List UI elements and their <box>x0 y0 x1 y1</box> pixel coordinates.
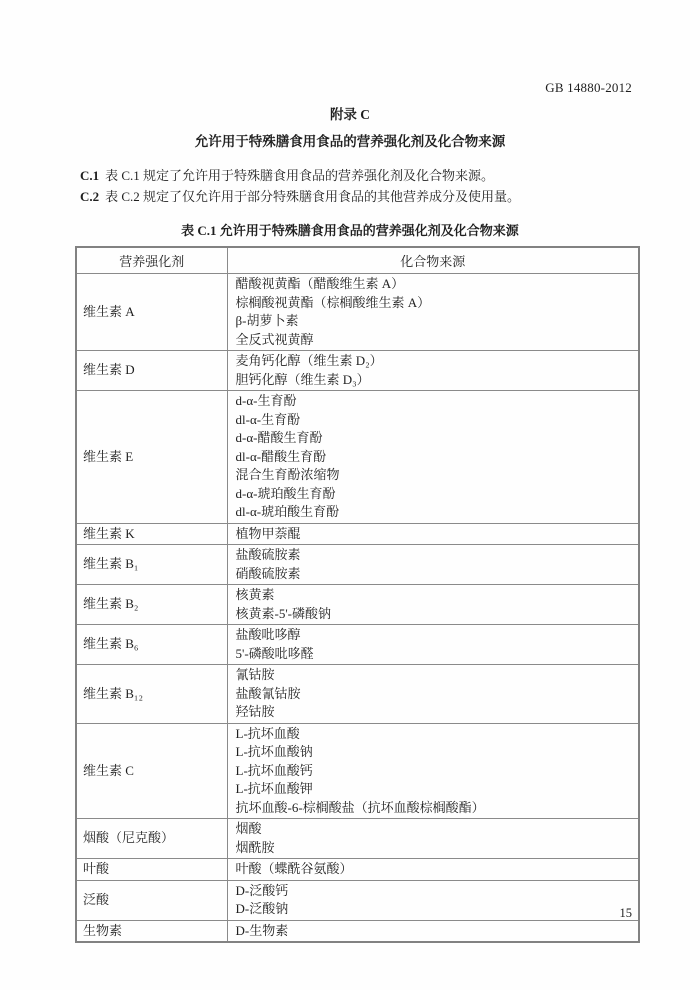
table-body: 维生素 A醋酸视黄酯（醋酸维生素 A）棕榈酸视黄酯（棕榈酸维生素 A）β-胡萝卜… <box>76 274 639 943</box>
compound-line: dl-α-琥珀酸生育酚 <box>236 503 631 522</box>
table-row: 生物素D-生物素 <box>76 920 639 942</box>
table-row: 维生素 B₁盐酸硫胺素硝酸硫胺素 <box>76 545 639 585</box>
fortifier-cell: 维生素 A <box>76 274 227 351</box>
table-row: 维生素 B₁₂氰钴胺盐酸氰钴胺羟钴胺 <box>76 665 639 724</box>
clause-text: 表 C.1 规定了允许用于特殊膳食用食品的营养强化剂及化合物来源。 <box>105 168 494 183</box>
compound-line: 盐酸氰钴胺 <box>236 685 631 704</box>
appendix-label: 附录 C <box>0 103 700 123</box>
compound-line: D-泛酸钠 <box>236 900 631 919</box>
compound-line: L-抗坏血酸钠 <box>236 743 631 762</box>
table-header-row: 营养强化剂 化合物来源 <box>76 247 639 274</box>
compounds-cell: 氰钴胺盐酸氰钴胺羟钴胺 <box>227 665 639 724</box>
compound-line: 抗坏血酸-6-棕榈酸盐（抗坏血酸棕榈酸酯） <box>236 799 631 818</box>
compound-line: D-生物素 <box>236 922 631 941</box>
page-number: 15 <box>620 906 633 921</box>
compound-line: 硝酸硫胺素 <box>236 565 631 584</box>
fortifier-cell: 维生素 B₂ <box>76 585 227 625</box>
compounds-cell: 醋酸视黄酯（醋酸维生素 A）棕榈酸视黄酯（棕榈酸维生素 A）β-胡萝卜素全反式视… <box>227 274 639 351</box>
fortifier-cell: 维生素 C <box>76 723 227 819</box>
compounds-cell: 核黄素核黄素-5'-磷酸钠 <box>227 585 639 625</box>
compounds-cell: L-抗坏血酸L-抗坏血酸钠L-抗坏血酸钙L-抗坏血酸钾抗坏血酸-6-棕榈酸盐（抗… <box>227 723 639 819</box>
table-row: 维生素 B₂核黄素核黄素-5'-磷酸钠 <box>76 585 639 625</box>
clause-number: C.1 <box>80 168 99 183</box>
clauses-block: C.1表 C.1 规定了允许用于特殊膳食用食品的营养强化剂及化合物来源。 C.2… <box>80 165 640 207</box>
compounds-cell: 叶酸（蝶酰谷氨酸） <box>227 859 639 881</box>
compound-line: dl-α-醋酸生育酚 <box>236 448 631 467</box>
table-row: 叶酸叶酸（蝶酰谷氨酸） <box>76 859 639 881</box>
fortifier-cell: 维生素 D <box>76 351 227 391</box>
compound-line: 盐酸硫胺素 <box>236 546 631 565</box>
compound-line: 全反式视黄醇 <box>236 331 631 350</box>
fortifier-cell: 维生素 B₁₂ <box>76 665 227 724</box>
table-header-compounds: 化合物来源 <box>227 247 639 274</box>
fortifier-cell: 泛酸 <box>76 880 227 920</box>
clause-paragraph: C.2表 C.2 规定了仅允许用于部分特殊膳食用食品的其他营养成分及使用量。 <box>80 186 640 207</box>
compounds-cell: 盐酸吡哆醇5'-磷酸吡哆醛 <box>227 625 639 665</box>
compound-line: 核黄素-5'-磷酸钠 <box>236 605 631 624</box>
compound-line: d-α-醋酸生育酚 <box>236 429 631 448</box>
document-page: GB 14880-2012 附录 C 允许用于特殊膳食用食品的营养强化剂及化合物… <box>0 0 700 990</box>
compound-line: 叶酸（蝶酰谷氨酸） <box>236 860 631 879</box>
compound-line: 棕榈酸视黄酯（棕榈酸维生素 A） <box>236 294 631 313</box>
compound-line: 核黄素 <box>236 586 631 605</box>
compound-line: 醋酸视黄酯（醋酸维生素 A） <box>236 275 631 294</box>
compound-line: d-α-琥珀酸生育酚 <box>236 485 631 504</box>
compound-line: D-泛酸钙 <box>236 882 631 901</box>
compounds-cell: d-α-生育酚dl-α-生育酚d-α-醋酸生育酚dl-α-醋酸生育酚混合生育酚浓… <box>227 391 639 524</box>
compounds-cell: 植物甲萘醌 <box>227 523 639 545</box>
compound-line: 烟酰胺 <box>236 839 631 858</box>
table-row: 维生素 CL-抗坏血酸L-抗坏血酸钠L-抗坏血酸钙L-抗坏血酸钾抗坏血酸-6-棕… <box>76 723 639 819</box>
compound-line: 羟钴胺 <box>236 703 631 722</box>
compound-line: 胆钙化醇（维生素 D₃） <box>236 371 631 390</box>
compounds-cell: D-生物素 <box>227 920 639 942</box>
compounds-cell: 烟酸烟酰胺 <box>227 819 639 859</box>
fortifier-cell: 生物素 <box>76 920 227 942</box>
clause-text: 表 C.2 规定了仅允许用于部分特殊膳食用食品的其他营养成分及使用量。 <box>105 189 520 204</box>
compounds-cell: 麦角钙化醇（维生素 D₂）胆钙化醇（维生素 D₃） <box>227 351 639 391</box>
fortifier-cell: 维生素 B₁ <box>76 545 227 585</box>
compound-line: 盐酸吡哆醇 <box>236 626 631 645</box>
table-row: 维生素 K植物甲萘醌 <box>76 523 639 545</box>
compound-line: 麦角钙化醇（维生素 D₂） <box>236 352 631 371</box>
table-row: 烟酸（尼克酸）烟酸烟酰胺 <box>76 819 639 859</box>
clause-number: C.2 <box>80 189 99 204</box>
compounds-cell: D-泛酸钙D-泛酸钠 <box>227 880 639 920</box>
appendix-title: 允许用于特殊膳食用食品的营养强化剂及化合物来源 <box>0 130 700 150</box>
table-row: 维生素 B₆盐酸吡哆醇5'-磷酸吡哆醛 <box>76 625 639 665</box>
table-row: 维生素 D麦角钙化醇（维生素 D₂）胆钙化醇（维生素 D₃） <box>76 351 639 391</box>
doc-code: GB 14880-2012 <box>0 0 700 96</box>
table-header-fortifier: 营养强化剂 <box>76 247 227 274</box>
compound-line: β-胡萝卜素 <box>236 312 631 331</box>
fortifier-cell: 维生素 E <box>76 391 227 524</box>
fortifier-cell: 维生素 K <box>76 523 227 545</box>
compounds-cell: 盐酸硫胺素硝酸硫胺素 <box>227 545 639 585</box>
compound-line: 混合生育酚浓缩物 <box>236 466 631 485</box>
compound-line: L-抗坏血酸钙 <box>236 762 631 781</box>
clause-paragraph: C.1表 C.1 规定了允许用于特殊膳食用食品的营养强化剂及化合物来源。 <box>80 165 640 186</box>
fortifier-cell: 叶酸 <box>76 859 227 881</box>
compound-line: 烟酸 <box>236 820 631 839</box>
table-title: 表 C.1 允许用于特殊膳食用食品的营养强化剂及化合物来源 <box>0 220 700 239</box>
fortifier-table: 营养强化剂 化合物来源 维生素 A醋酸视黄酯（醋酸维生素 A）棕榈酸视黄酯（棕榈… <box>75 246 640 943</box>
compound-line: 植物甲萘醌 <box>236 525 631 544</box>
fortifier-cell: 烟酸（尼克酸） <box>76 819 227 859</box>
compound-line: dl-α-生育酚 <box>236 411 631 430</box>
table-row: 维生素 A醋酸视黄酯（醋酸维生素 A）棕榈酸视黄酯（棕榈酸维生素 A）β-胡萝卜… <box>76 274 639 351</box>
compound-line: d-α-生育酚 <box>236 392 631 411</box>
table-row: 维生素 Ed-α-生育酚dl-α-生育酚d-α-醋酸生育酚dl-α-醋酸生育酚混… <box>76 391 639 524</box>
compound-line: L-抗坏血酸钾 <box>236 780 631 799</box>
compound-line: 5'-磷酸吡哆醛 <box>236 645 631 664</box>
compound-line: L-抗坏血酸 <box>236 725 631 744</box>
compound-line: 氰钴胺 <box>236 666 631 685</box>
table-row: 泛酸D-泛酸钙D-泛酸钠 <box>76 880 639 920</box>
fortifier-cell: 维生素 B₆ <box>76 625 227 665</box>
